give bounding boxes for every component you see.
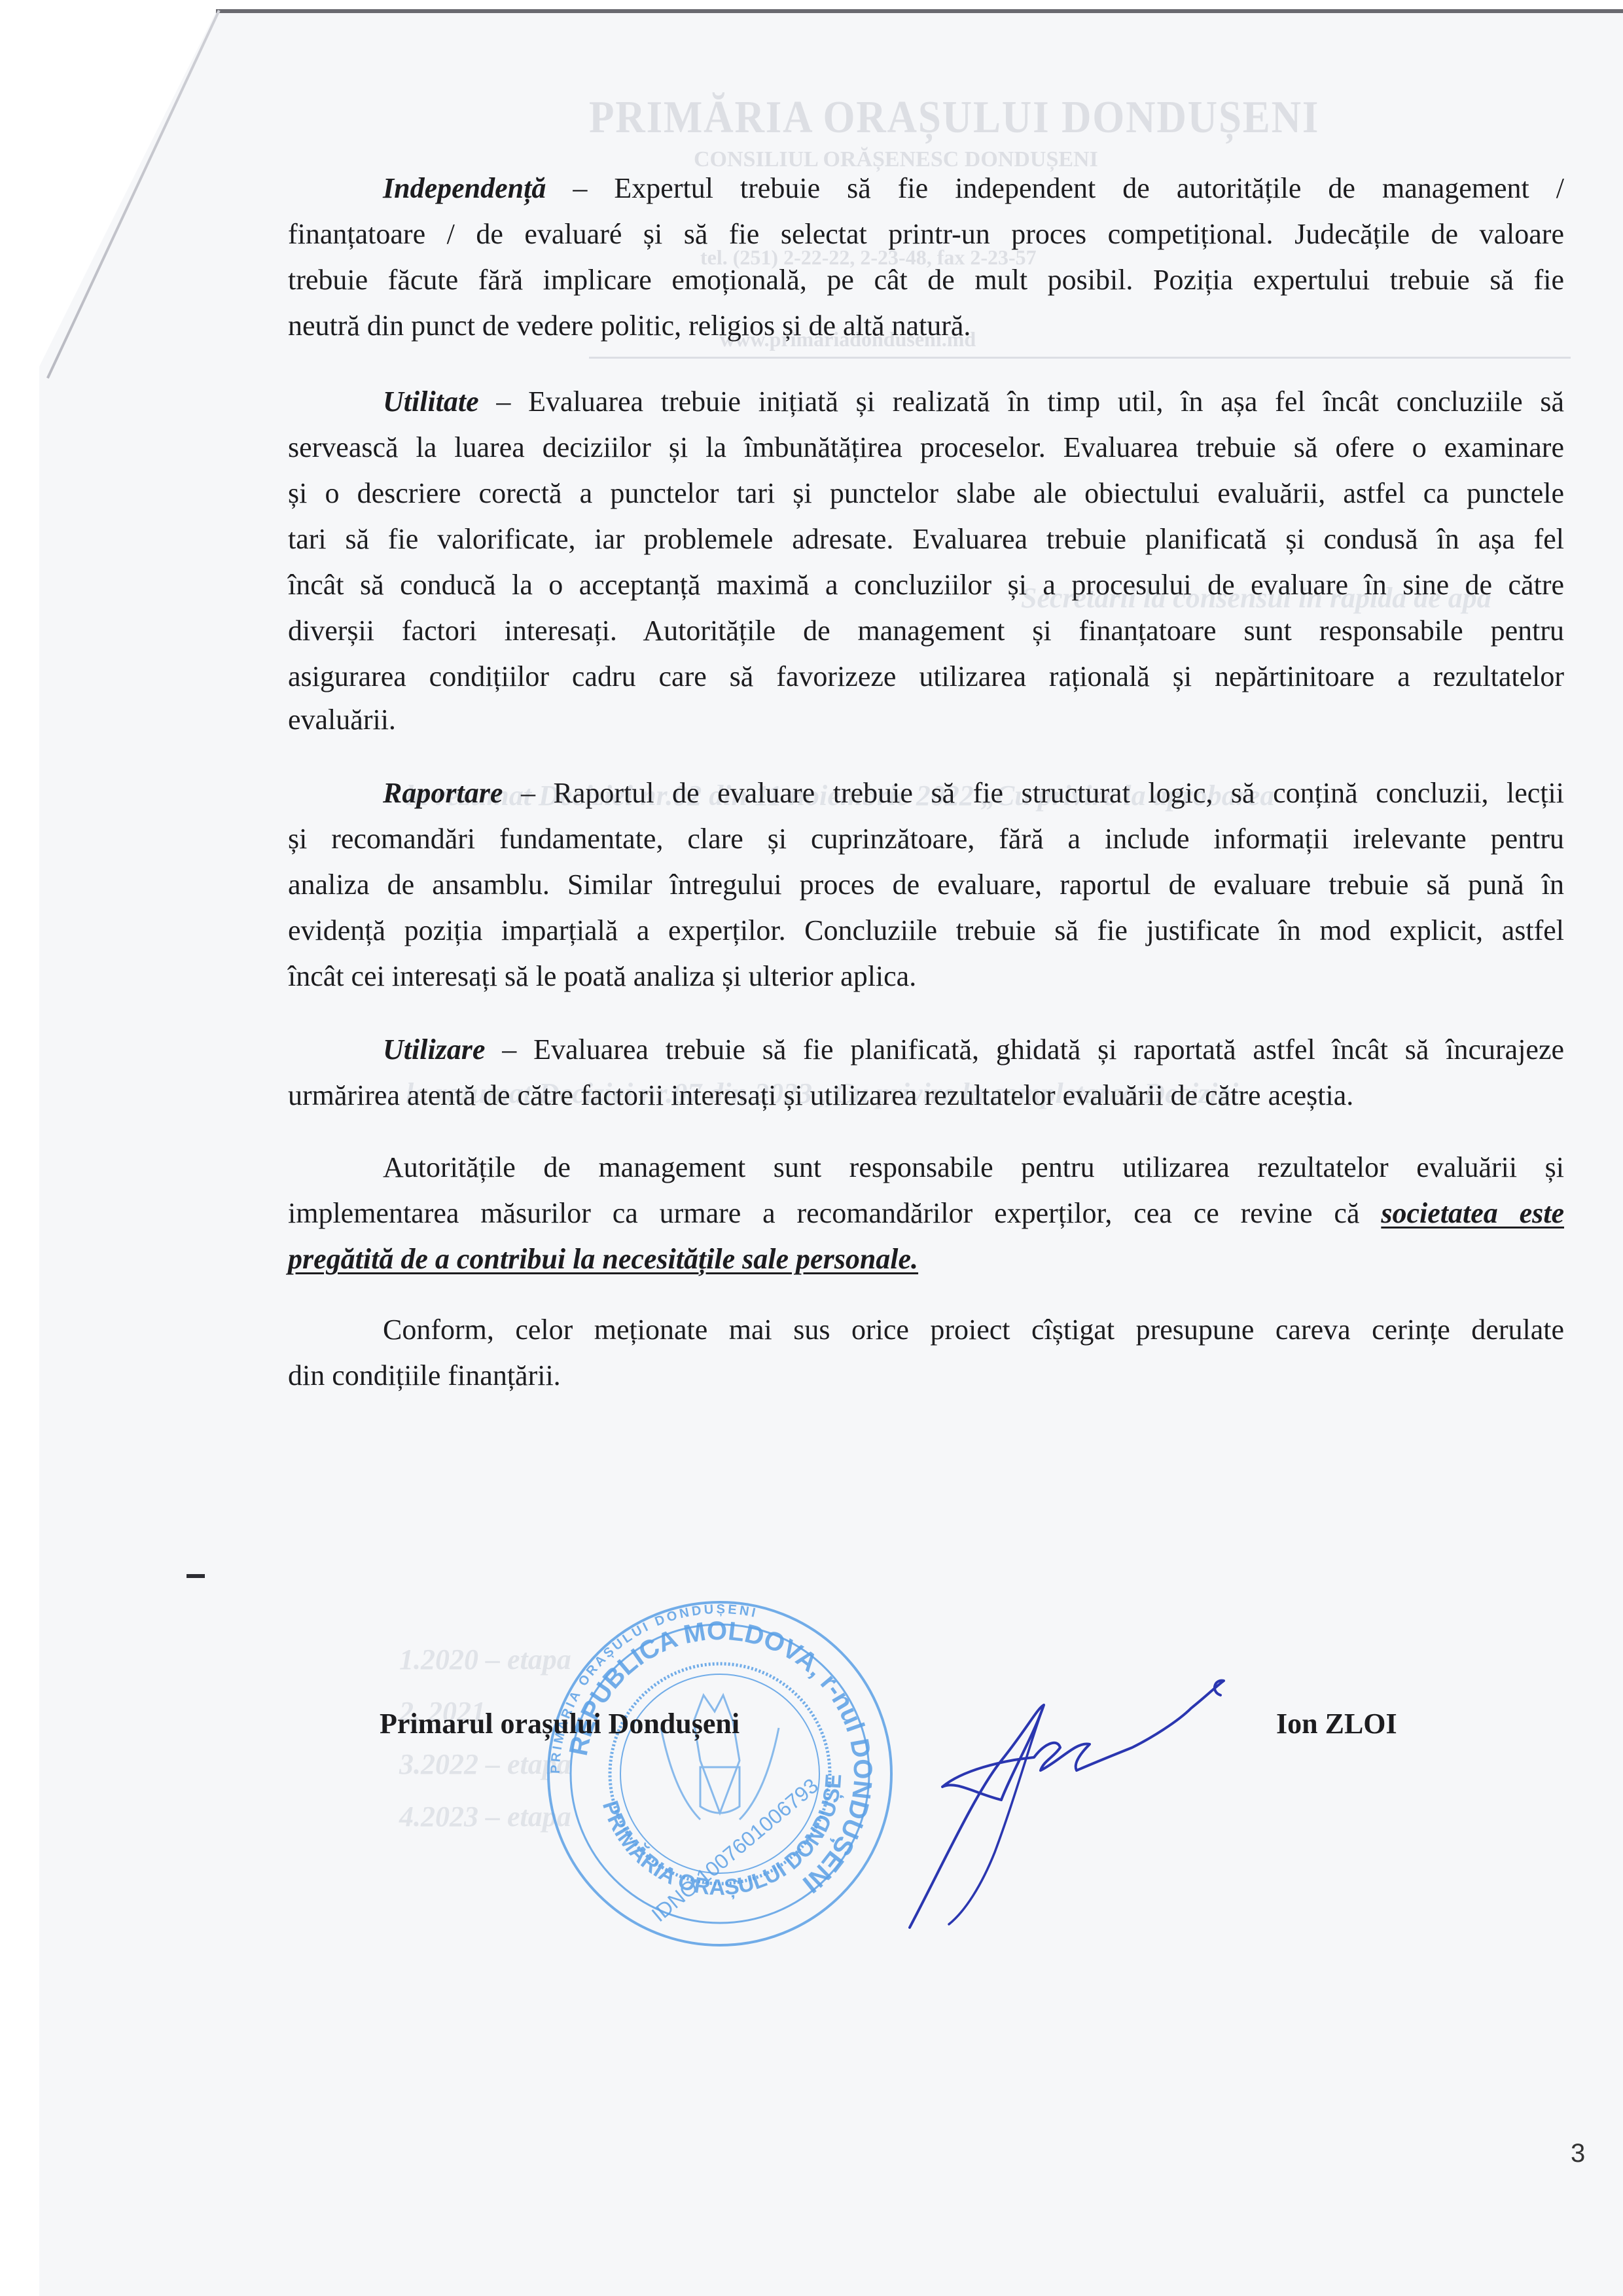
paper-top-edge bbox=[216, 9, 1623, 13]
handwritten-signature bbox=[903, 1630, 1296, 1931]
body-line: încât cei interesați să le poată analiza… bbox=[288, 962, 916, 991]
body-line: și recomandări fundamentate, clare și cu… bbox=[288, 825, 1564, 853]
body-line: evaluării. bbox=[288, 706, 396, 734]
body-line: urmărirea atentă de către factorii inter… bbox=[288, 1081, 1353, 1110]
bleed-header-rule bbox=[589, 357, 1571, 359]
heading-utilizare: Utilizare bbox=[383, 1033, 485, 1066]
body-line: finanțatoare / de evaluaré și să fie sel… bbox=[288, 220, 1564, 249]
body-line: analiza de ansamblu. Similar întregului … bbox=[288, 870, 1564, 899]
signatory-title: Primarul orașului Dondușeni bbox=[380, 1707, 740, 1740]
stray-mark bbox=[187, 1574, 205, 1578]
body-line: Autoritățile de management sunt responsa… bbox=[383, 1153, 1564, 1182]
page-number: 3 bbox=[1571, 2139, 1585, 2168]
body-line: încât să conducă la o acceptanță maximă … bbox=[288, 571, 1564, 600]
paragraph-independenta-line-1: Independență – Expertul trebuie să fie i… bbox=[383, 174, 1564, 203]
body-line: și o descriere corectă a punctelor tari … bbox=[288, 479, 1564, 508]
body-line: din condițiile finanțării. bbox=[288, 1361, 561, 1390]
heading-raportare: Raportare bbox=[383, 777, 503, 809]
body-line: diverșii factori interesați. Autoritățil… bbox=[288, 617, 1564, 645]
body-line: tari să fie valorificate, iar problemele… bbox=[288, 525, 1564, 554]
paragraph-raportare-line-1: Raportare – Raportul de evaluare trebuie… bbox=[383, 779, 1564, 808]
emphasis-underlined-line: pregătită de a contribui la necesitățile… bbox=[288, 1245, 918, 1274]
body-line: neutră din punct de vedere politic, reli… bbox=[288, 312, 971, 340]
body-line: evidență poziția imparțială a experților… bbox=[288, 916, 1564, 945]
body-line: trebuie făcute fără implicare emoțională… bbox=[288, 266, 1564, 295]
official-stamp: PRIMĂRIA ORAȘULUI DONDUȘENI REPUBLICA MO… bbox=[543, 1597, 897, 1950]
body-line: servească la luarea deciziilor și la îmb… bbox=[288, 433, 1564, 462]
body-line: asigurarea condițiilor cadru care să fav… bbox=[288, 662, 1564, 691]
bleed-header-title: PRIMĂRIA ORAȘULUI DONDUȘENI bbox=[589, 92, 1319, 144]
bleed-header-sub: CONSILIUL ORĂȘENESC DONDUȘENI bbox=[694, 147, 1098, 172]
emphasis-underlined: societatea este bbox=[1381, 1197, 1564, 1229]
paragraph-utilizare-line-1: Utilizare – Evaluarea trebuie să fie pla… bbox=[383, 1035, 1564, 1064]
heading-independenta: Independență bbox=[383, 172, 546, 204]
heading-utilitate: Utilitate bbox=[383, 386, 479, 418]
body-line-with-emphasis: implementarea măsurilor ca urmare a reco… bbox=[288, 1199, 1564, 1228]
body-line: Conform, celor meționate mai sus orice p… bbox=[383, 1316, 1564, 1344]
paragraph-utilitate-line-1: Utilitate – Evaluarea trebuie inițiată ș… bbox=[383, 387, 1564, 416]
